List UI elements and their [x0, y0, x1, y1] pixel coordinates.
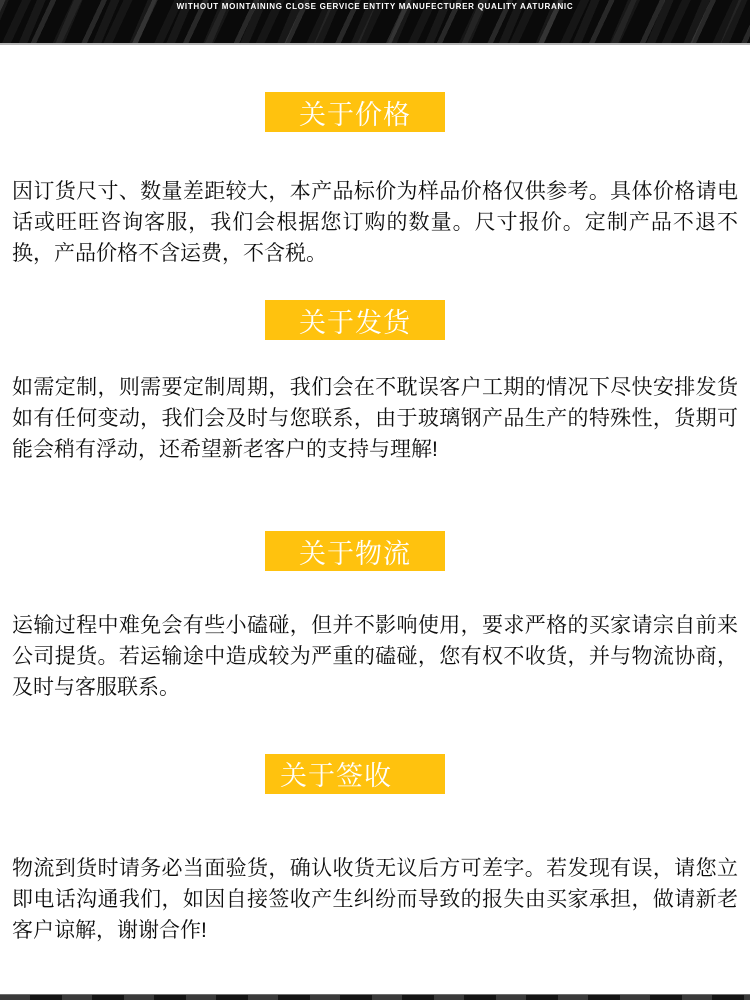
section-title-banner-logistics: 关于物流 — [265, 531, 445, 571]
header-tagline: WITHOUT MOINTAINING CLOSE GERVICE ENTITY… — [0, 2, 750, 11]
page: WITHOUT MOINTAINING CLOSE GERVICE ENTITY… — [0, 0, 750, 1000]
section-title-banner-receipt: 关于签收 — [265, 754, 445, 794]
footer-stripe — [0, 994, 750, 1000]
section-title-banner-shipping: 关于发货 — [265, 300, 445, 340]
section-body-price: 因订货尺寸、数量差距较大，本产品标价为样品价格仅供参考。具体价格请电话或旺旺咨询… — [12, 176, 738, 269]
section-body-shipping: 如需定制，则需要定制周期，我们会在不耽误客户工期的情况下尽快安排发货如有任何变动… — [12, 372, 738, 465]
header-banner: WITHOUT MOINTAINING CLOSE GERVICE ENTITY… — [0, 0, 750, 45]
section-body-receipt: 物流到货时请务必当面验货，确认收货无议后方可差字。若发现有误，请您立即电话沟通我… — [12, 853, 738, 946]
section-body-logistics: 运输过程中难免会有些小磕碰，但并不影响使用，要求严格的买家请宗自前来公司提货。若… — [12, 610, 738, 703]
section-title-banner-price: 关于价格 — [265, 92, 445, 132]
